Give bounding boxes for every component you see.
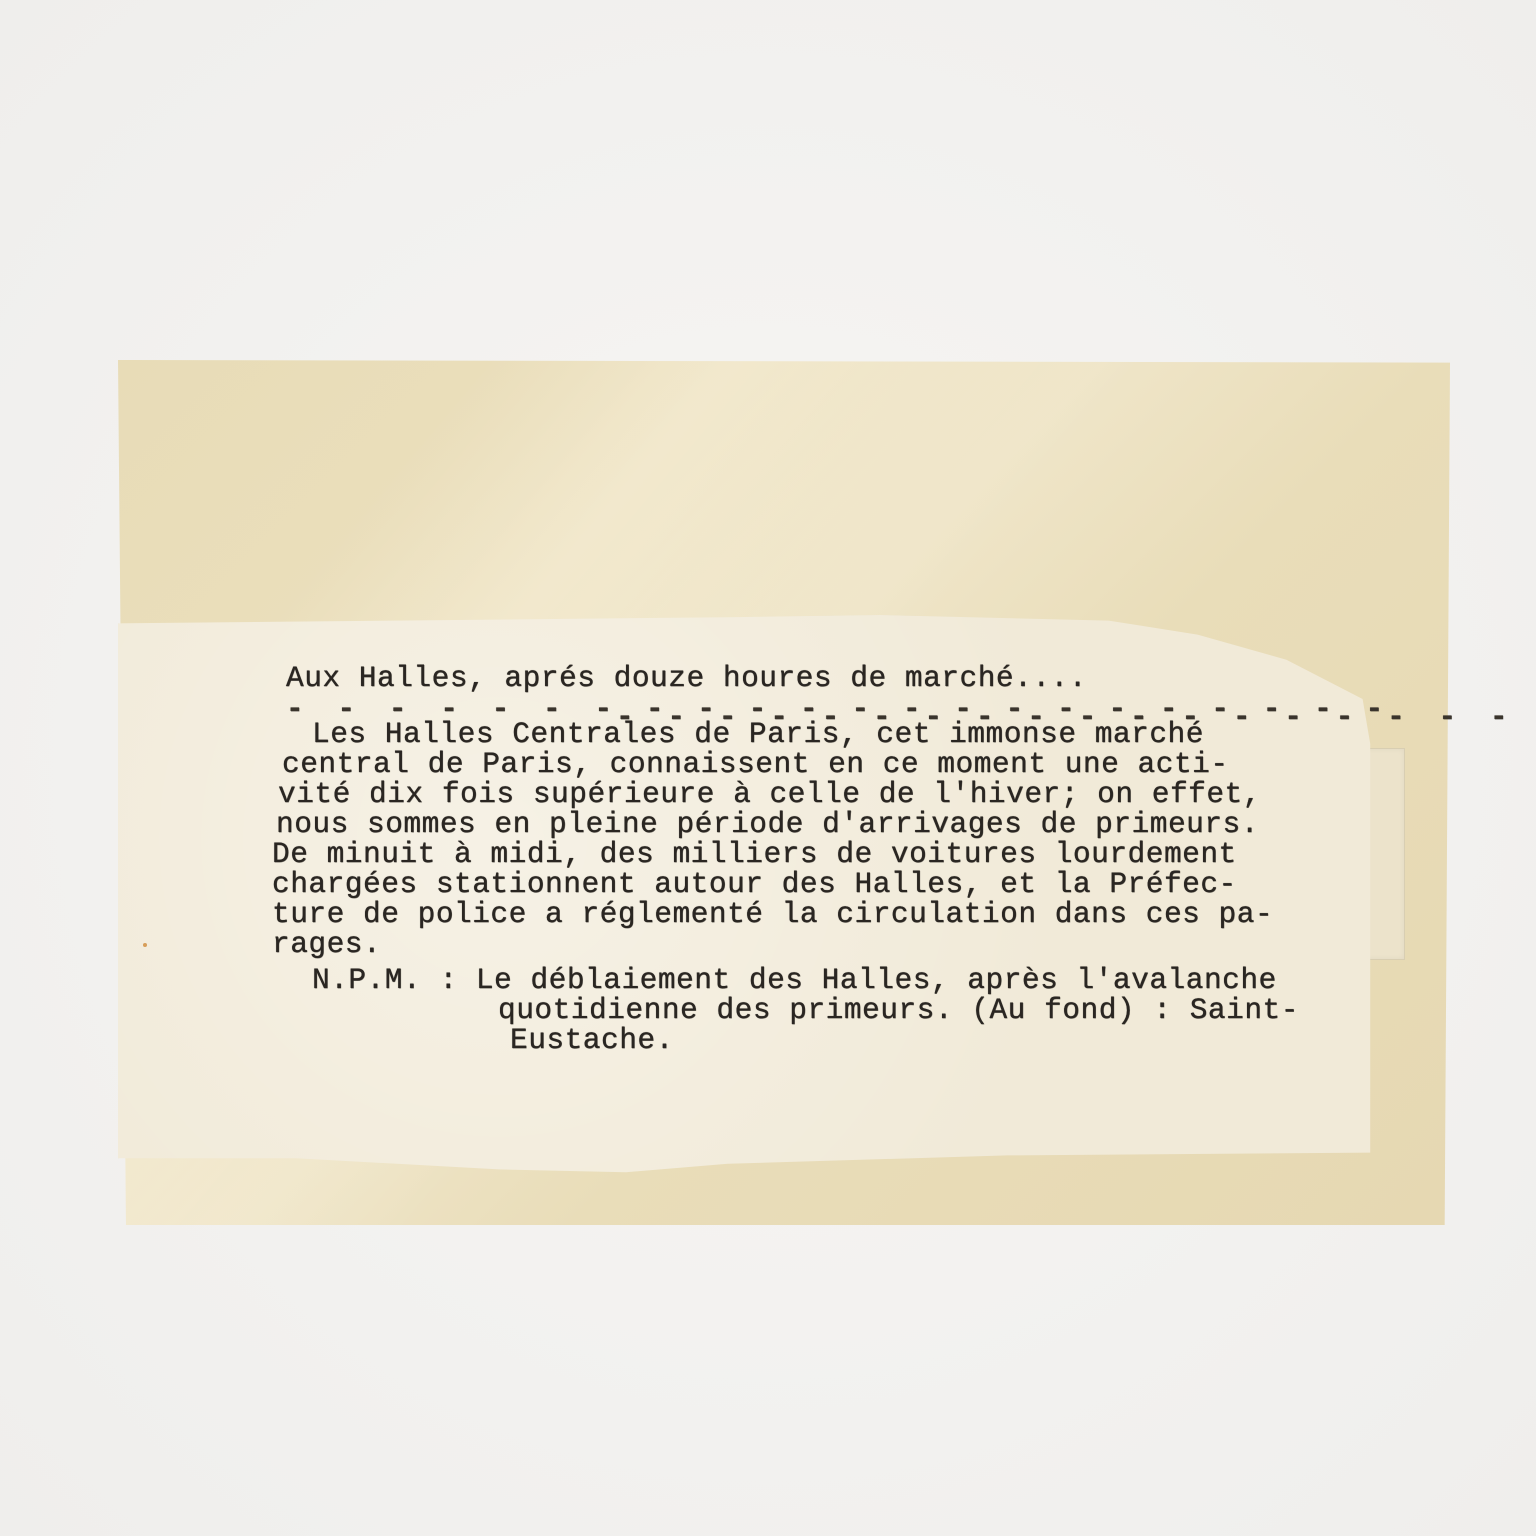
body-line-5: De minuit à midi, des milliers de voitur… [272, 839, 1402, 869]
paper-stain [143, 943, 147, 947]
body-line-2: central de Paris, connaissent en ce mome… [282, 749, 1402, 779]
body-line-3: vité dix fois supérieure à celle de l'hi… [278, 779, 1402, 809]
body-line-4: nous sommes en pleine période d'arrivage… [276, 809, 1402, 839]
agency-code: N.P.M. : [312, 963, 458, 997]
caption-text-block: Aux Halles, aprés douze houres de marché… [272, 663, 1402, 1055]
caption-text-1: Le déblaiement des Halles, après l'avala… [476, 963, 1277, 997]
caption-line-3: Eustache. [510, 1025, 1402, 1055]
body-line-7: ture de police a réglementé la circulati… [272, 899, 1402, 929]
body-line-6: chargées stationnent autour des Halles, … [272, 869, 1402, 899]
body-line-8: rages. [272, 929, 1402, 959]
caption-line-1: N.P.M. : Le déblaiement des Halles, aprè… [312, 965, 1402, 995]
caption-line-2: quotidienne des primeurs. (Au fond) : Sa… [498, 995, 1402, 1025]
